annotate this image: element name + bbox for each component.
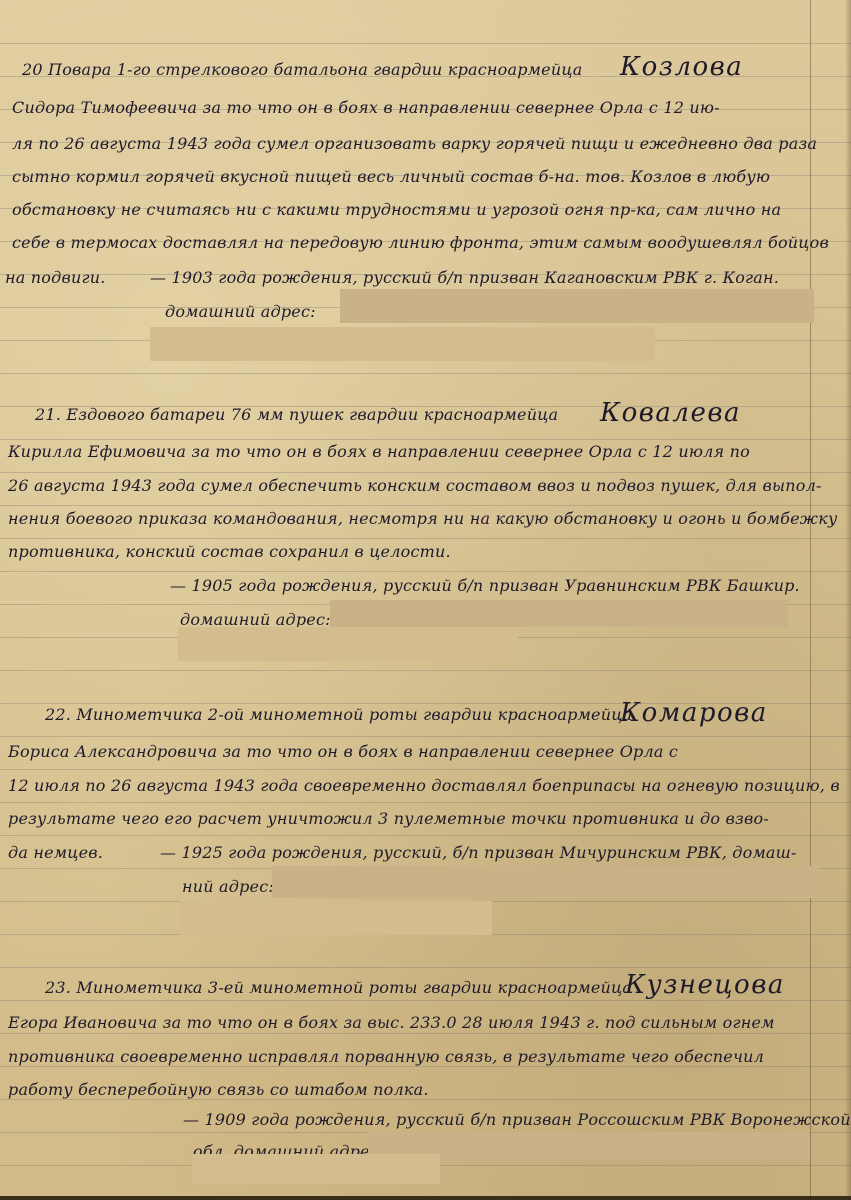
entry-line: 26 августа 1943 года сумел обеспечить ко… xyxy=(8,476,822,495)
surname: Ковалева xyxy=(600,398,741,428)
entry-line: ля по 26 августа 1943 года сумел организ… xyxy=(12,134,817,153)
entry-line: 22. Минометчика 2-ой минометной роты гва… xyxy=(45,705,632,724)
redacted-address xyxy=(330,600,788,627)
redacted-address xyxy=(178,627,518,661)
entry-line: Сидора Тимофеевича за то что он в боях в… xyxy=(12,98,720,117)
entry-line: обстановку не считаясь ни с какими трудн… xyxy=(12,200,781,219)
entry-line: 12 июля по 26 августа 1943 года своеврем… xyxy=(8,776,840,795)
entry-line: сытно кормил горячей вкусной пищей весь … xyxy=(12,167,770,186)
paper-edge-right xyxy=(845,0,851,1200)
surname: Комарова xyxy=(620,698,768,728)
bio-line: — 1905 года рождения, русский б/п призва… xyxy=(170,576,800,595)
redacted-address xyxy=(150,327,655,361)
paper-edge-bottom xyxy=(0,1196,851,1200)
entry-line: работу бесперебойную связь со штабом пол… xyxy=(8,1080,429,1099)
document-page: 20 Повара 1-го стрелкового батальона гва… xyxy=(0,0,851,1200)
address-label: домашний адрес: xyxy=(165,302,316,321)
entry-line: Кирилла Ефимовича за то что он в боях в … xyxy=(8,442,750,461)
redacted-address xyxy=(272,866,820,898)
entry-line: Егора Ивановича за то что он в боях за в… xyxy=(8,1013,775,1032)
entry-line: на подвиги. xyxy=(5,268,106,287)
margin-line xyxy=(810,0,811,1200)
bio-line: — 1909 года рождения, русский б/п призва… xyxy=(183,1110,851,1129)
entry-line: противника, конский состав сохранил в це… xyxy=(8,542,451,561)
entry-line: да немцев. xyxy=(8,843,103,862)
surname: Кузнецова xyxy=(625,970,785,1000)
entry-line: 21. Ездового батареи 76 мм пушек гвардии… xyxy=(35,405,558,424)
entry-line: себе в термосах доставлял на передовую л… xyxy=(12,233,829,252)
redacted-address xyxy=(340,289,814,323)
entry-line: противника своевременно исправлял порван… xyxy=(8,1047,764,1066)
bio-line: — 1903 года рождения, русский б/п призва… xyxy=(150,268,779,287)
entry-line: 20 Повара 1-го стрелкового батальона гва… xyxy=(22,60,582,79)
entry-line: Бориса Александровича за то что он в боя… xyxy=(8,742,678,761)
bio-line: — 1925 года рождения, русский, б/п призв… xyxy=(160,843,797,862)
surname: Козлова xyxy=(620,52,743,82)
redacted-address xyxy=(192,1154,440,1184)
entry-line: 23. Минометчика 3-ей минометной роты гва… xyxy=(45,978,632,997)
entry-line: нения боевого приказа командования, несм… xyxy=(8,509,837,528)
entry-line: результате чего его расчет уничтожил 3 п… xyxy=(8,809,769,828)
address-label: ний адрес: xyxy=(182,877,274,896)
redacted-address xyxy=(180,901,492,935)
